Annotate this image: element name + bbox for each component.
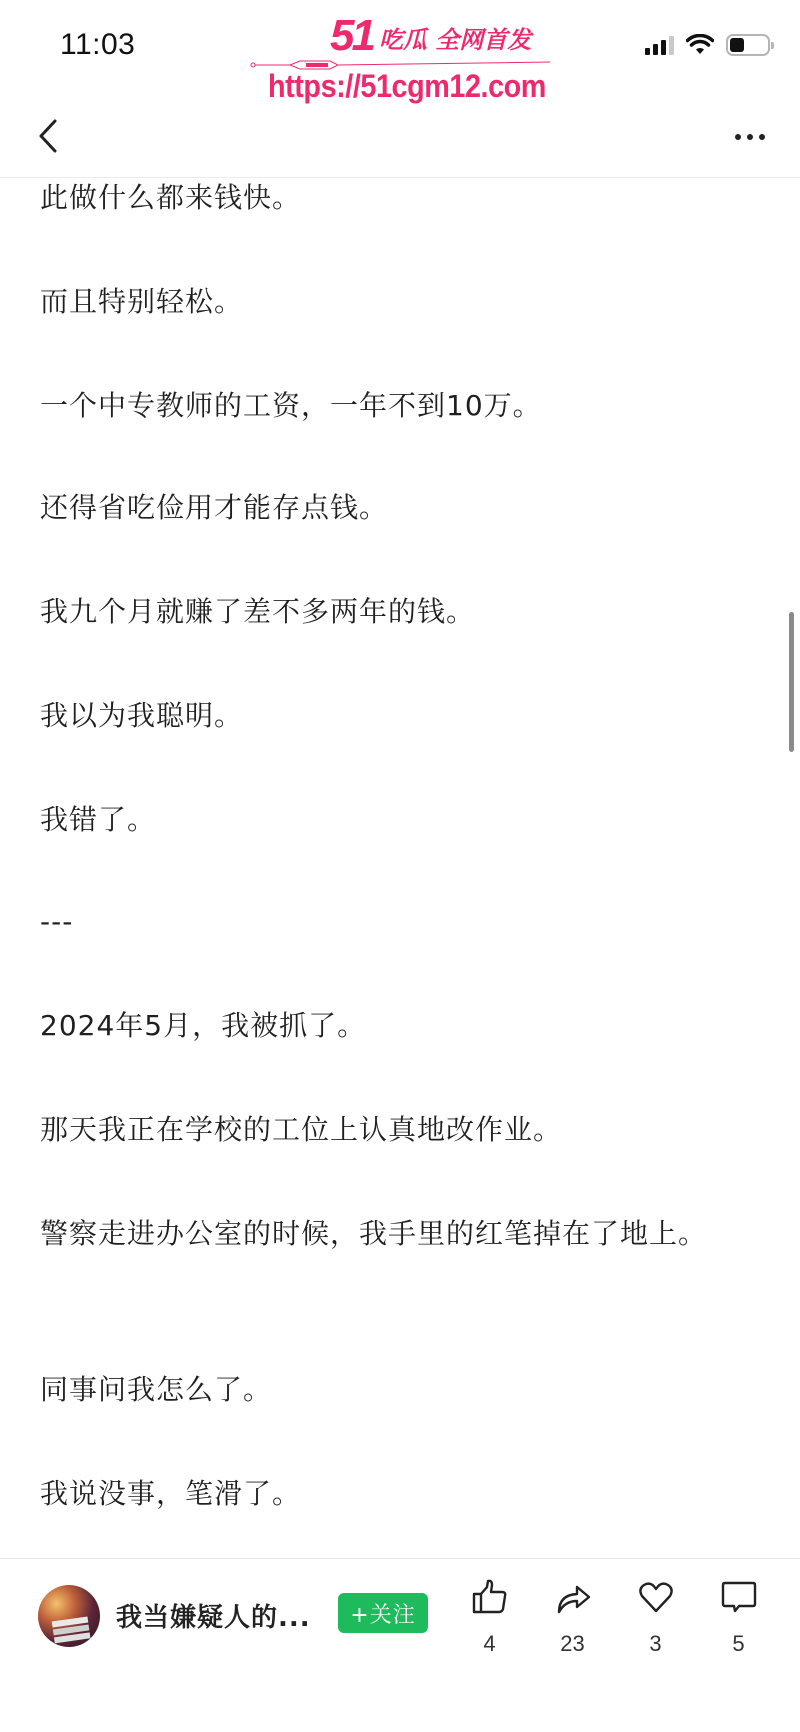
wifi-icon — [686, 34, 714, 56]
watermark-logo: 51 吃瓜 全网首发 — [330, 14, 531, 58]
favorite-button[interactable]: 3 — [614, 1577, 697, 1657]
paragraph: 而且特别轻松。 — [40, 276, 760, 328]
chevron-left-icon — [37, 118, 59, 154]
nav-bar — [0, 100, 800, 178]
share-icon — [553, 1577, 593, 1617]
status-icons — [645, 34, 770, 56]
status-time: 11:03 — [60, 28, 135, 62]
paragraph: 那天我正在学校的工位上认真地改作业。 — [40, 1104, 760, 1156]
section-divider: --- — [40, 896, 760, 948]
favorite-count: 3 — [649, 1631, 661, 1657]
paragraph: 此做什么都来钱快。 — [40, 178, 760, 224]
article-content[interactable]: 此做什么都来钱快。 而且特别轻松。 一个中专教师的工资，一年不到10万。 还得省… — [0, 178, 800, 1560]
paragraph: 一个中专教师的工资，一年不到10万。 — [40, 380, 760, 432]
paragraph: 我以为我聪明。 — [40, 690, 760, 742]
watermark-slogan: 吃瓜 全网首发 — [379, 20, 531, 55]
more-button[interactable] — [726, 122, 774, 152]
paragraph: 警察走进办公室的时候，我手里的红笔掉在了地上。 — [40, 1208, 760, 1260]
like-count: 4 — [483, 1631, 495, 1657]
bottom-action-bar: 我当嫌疑人的... +关注 4 23 3 5 — [0, 1558, 800, 1732]
share-button[interactable]: 23 — [531, 1577, 614, 1657]
watermark: 51 吃瓜 全网首发 https://51cgm12.com — [250, 8, 550, 108]
paragraph: 我说没事，笔滑了。 — [40, 1468, 760, 1520]
scrollbar[interactable] — [789, 612, 794, 752]
like-button[interactable]: 4 — [448, 1577, 531, 1657]
paragraph: 我九个月就赚了差不多两年的钱。 — [40, 586, 760, 638]
comment-button[interactable]: 5 — [697, 1577, 780, 1657]
back-button[interactable] — [28, 114, 68, 158]
author-avatar[interactable] — [38, 1585, 100, 1647]
comment-icon — [719, 1577, 759, 1617]
thumbs-up-icon — [470, 1577, 510, 1617]
paragraph: 我错了。 — [40, 794, 760, 846]
more-dot — [759, 134, 765, 140]
watermark-logo-number: 51 — [330, 14, 373, 58]
paragraph: 同事问我怎么了。 — [40, 1364, 760, 1416]
paragraph: 2024年5月，我被抓了。 — [40, 1000, 760, 1052]
more-dot — [747, 134, 753, 140]
comment-count: 5 — [732, 1631, 744, 1657]
action-buttons: 4 23 3 5 — [448, 1577, 780, 1657]
follow-button[interactable]: +关注 — [338, 1593, 428, 1633]
heart-icon — [636, 1577, 676, 1617]
author-name[interactable]: 我当嫌疑人的... — [116, 1597, 311, 1634]
signal-icon — [645, 35, 674, 55]
share-count: 23 — [560, 1631, 584, 1657]
paragraph: 还得省吃俭用才能存点钱。 — [40, 482, 760, 534]
more-dot — [735, 134, 741, 140]
battery-icon — [726, 34, 770, 56]
